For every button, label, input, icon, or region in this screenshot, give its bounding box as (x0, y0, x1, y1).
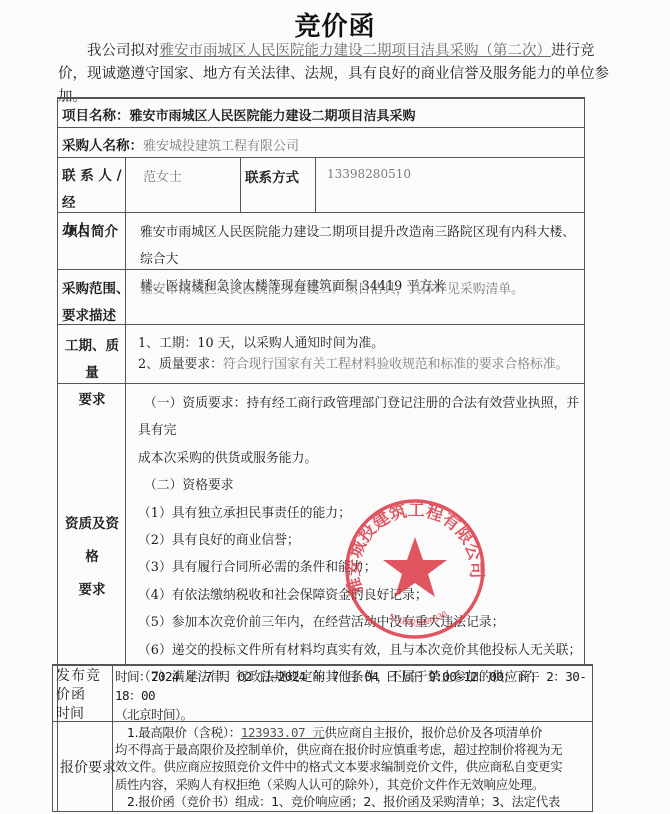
row-divider (57, 212, 585, 213)
qualification-section1-line1: （一）资质要求：持有经工商行政管理部门登记注册的合法有效营业执照，并具有完 (138, 390, 584, 445)
price-line4: 质性内容，采购人有权拒绝（采购人认可的除外），其竞价文件作无效响应处理。 (115, 776, 591, 793)
column-divider (125, 157, 126, 664)
table-border-left-lower (52, 664, 53, 812)
table-border-right-lower (592, 664, 593, 812)
column-divider (240, 157, 241, 212)
qualification-value: （一）资质要求：持有经工商行政管理部门登记注册的合法有效营业执照，并具有完 成本… (138, 390, 584, 691)
price-requirement-value: 1.最高限价（含税）：123933.07 元供应商自主报价，报价总价及各项清单价… (115, 724, 591, 810)
max-price-amount: 123933.07 元 (241, 725, 325, 740)
project-intro-label: 项目简介 (64, 220, 118, 240)
price-line5: 2.报价函（竞价书）组成：1、竞价响应函；2、报价函及采购清单；3、法定代表 (115, 793, 591, 810)
purchaser-label: 采购人名称： (62, 138, 143, 154)
contact-person-name: 范女士 (143, 166, 182, 185)
qualification-section2-title: （二）资格要求 (138, 472, 584, 499)
schedule-value: 1、工期：10 天，以采购人通知时间为准。 2、质量要求：符合现行国家有关工程材… (138, 333, 582, 375)
table-border-top (57, 97, 585, 99)
schedule-label-line2: 要求 (60, 387, 124, 414)
intro-paragraph: 我公司拟对雅安市雨城区人民医院能力建设二期项目洁具采购（第二次）进行竞价，现诚邀… (58, 40, 614, 109)
max-price-label: 1.最高限价（含税）： (127, 725, 241, 740)
publish-time-label-line2: 时间 (56, 705, 112, 724)
schedule-label: 工期、质量 要求 (60, 333, 124, 414)
table-border-right (584, 97, 585, 664)
publish-time-label-line1: 发布竞价函 (56, 667, 112, 705)
row-divider (57, 324, 585, 325)
qualification-label: 资质及资格 要求 (60, 508, 124, 607)
schedule-item-duration: 1、工期：10 天，以采购人通知时间为准。 (138, 333, 582, 354)
schedule-item-quality: 2、质量要求：符合现行国家有关工程材料验收规范和标准的要求合格标准。 (138, 354, 582, 375)
project-name-row: 项目名称：雅安市雨城区人民医院能力建设二期项目洁具采购 (62, 104, 582, 124)
contact-phone: 13398280510 (327, 167, 411, 181)
table-border-bottom (52, 811, 593, 812)
row-divider (57, 157, 585, 158)
scope-label-line1: 采购范围、 (62, 276, 130, 303)
publish-time-line2: （北京时间）。 (115, 705, 591, 724)
contact-method-label: 联系方式 (245, 166, 299, 186)
project-intro-line1: 雅安市雨城区人民医院能力建设二期项目提升改造南三路院区现有内科大楼、综合大 (140, 219, 584, 273)
qualification-label-line1: 资质及资格 (60, 508, 124, 574)
price-line1: 1.最高限价（含税）：123933.07 元供应商自主报价，报价总价及各项清单价 (115, 724, 591, 741)
project-name-label: 项目名称： (62, 108, 130, 124)
publish-time-line1: 时间：2024 年 7 月 02 日—2024 年 7 月 04 日上午 9:0… (115, 667, 591, 705)
price-line3: 效文件。供应商应按照竞价文件中的格式文本要求编制竞价文件，供应商私自变更实 (115, 758, 591, 775)
schedule-label-line1: 工期、质量 (60, 333, 124, 387)
document-title: 竞价函 (0, 6, 670, 43)
column-divider (315, 157, 316, 212)
price-requirement-label: 报价要求 (60, 757, 116, 777)
scope-label-line2: 要求描述 (62, 303, 130, 330)
publish-time-label: 发布竞价函 时间 (56, 667, 112, 724)
scope-value: 雅安市雨城区人民医院能力建设二）项目洁具，具体详见采购清单。 (140, 278, 580, 297)
row-divider (57, 383, 585, 384)
scope-label: 采购范围、 要求描述 (62, 276, 130, 330)
quality-value: 符合现行国家有关工程材料验收规范和标准的要求合格标准。 (223, 357, 569, 372)
column-divider (112, 664, 113, 812)
qualification-item: （1）具有独立承担民事责任的能力； (138, 500, 584, 527)
qualification-label-line2: 要求 (60, 574, 124, 607)
qualification-item: （4）有依法缴纳税收和社会保障资金的良好记录； (138, 582, 584, 609)
qualification-item: （3）具有履行合同所必需的条件和能力； (138, 554, 584, 581)
quality-prefix: 2、质量要求： (138, 357, 223, 372)
contact-label-line1: 联 系 人 / 经 (62, 163, 124, 217)
qualification-section1-line2: 成本次采购的供货或服务能力。 (138, 445, 584, 472)
qualification-item: （5）参加本次竞价前三年内，在经营活动中没有重大违法记录； (138, 609, 584, 636)
price-line2: 均不得高于最高限价及控制单价，供应商在报价时应慎重考虑，超过控制价将视为无 (115, 741, 591, 758)
intro-prefix: 我公司拟对 (87, 43, 160, 59)
qualification-item: （6）递交的投标文件所有材料均真实有效，且与本次竞价其他投标人无关联； (138, 637, 584, 664)
qualification-item: （2）具有良好的商业信誉； (138, 527, 584, 554)
price-line1-rest: 供应商自主报价，报价总价及各项清单价 (325, 725, 543, 740)
project-name-underlined: 雅安市雨城区人民医院能力建设二期项目洁具采购（第二次） (160, 43, 552, 59)
project-name-value: 雅安市雨城区人民医院能力建设二期项目洁具采购 (130, 109, 416, 124)
publish-time-value: 时间：2024 年 7 月 02 日—2024 年 7 月 04 日上午 9:0… (115, 667, 591, 724)
purchaser-value: 雅安城投建筑工程有限公司 (143, 139, 299, 154)
row-divider (57, 127, 585, 128)
purchaser-row: 采购人名称：雅安城投建筑工程有限公司 (62, 134, 582, 154)
